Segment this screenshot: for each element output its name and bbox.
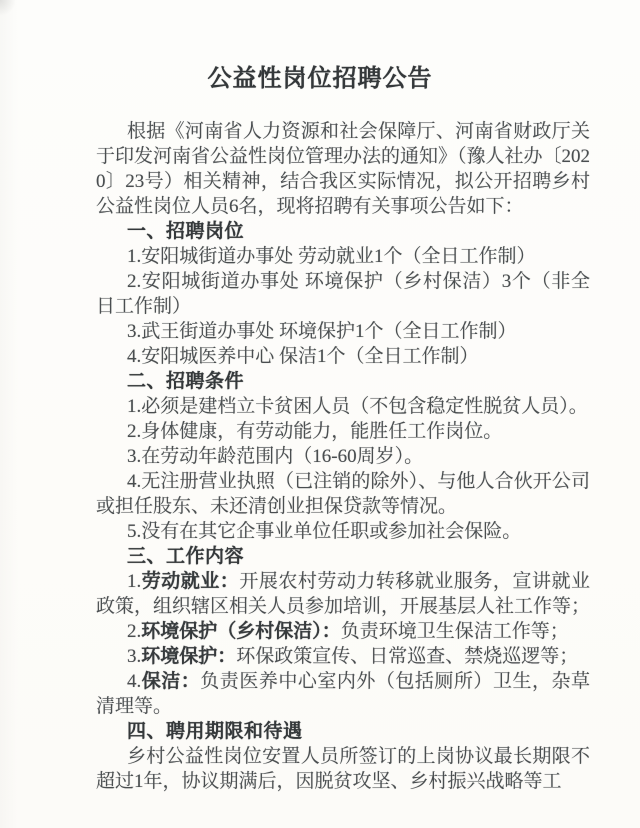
- condition-item-2: 2.身体健康，有劳动能力，能胜任工作岗位。: [96, 419, 590, 444]
- intro-paragraph: 根据《河南省人力资源和社会保障厅、河南省财政厅关于印发河南省公益性岗位管理办法的…: [96, 119, 590, 219]
- duty-item-text: 环保政策宣传、日常巡查、禁烧巡逻等；: [236, 646, 578, 667]
- duty-item-label: 环境保护：: [141, 646, 236, 667]
- position-item-4: 4.安阳城医养中心 保洁1个（全日工作制）: [96, 344, 590, 369]
- duty-item-number: 2.: [127, 621, 141, 642]
- position-item-1: 1.安阳城街道办事处 劳动就业1个（全日工作制）: [96, 244, 590, 269]
- condition-item-5: 5.没有在其它企事业单位任职或参加社会保险。: [96, 519, 590, 544]
- document-title: 公益性岗位招聘公告: [0, 0, 640, 94]
- section-4-paragraph: 乡村公益性岗位安置人员所签订的上岗协议最长期限不超过1年，协议期满后，因脱贫攻坚…: [96, 744, 590, 794]
- position-item-3: 3.武王街道办事处 环境保护1个（全日工作制）: [96, 319, 590, 344]
- duty-item-number: 4.: [127, 671, 141, 692]
- condition-item-1: 1.必须是建档立卡贫困人员（不包含稳定性脱贫人员）。: [96, 394, 590, 419]
- duty-item-label: 保洁：: [141, 671, 200, 692]
- section-4-heading: 四、聘用期限和待遇: [96, 719, 590, 744]
- duty-item-2: 2.环境保护（乡村保洁）：负责环境卫生保洁工作等；: [96, 619, 590, 644]
- condition-item-3: 3.在劳动年龄范围内（16-60周岁）。: [96, 444, 590, 469]
- position-item-2: 2.安阳城街道办事处 环境保护（乡村保洁）3个（非全日工作制）: [96, 269, 590, 319]
- duty-item-label: 劳动就业：: [141, 571, 239, 592]
- scanned-document-page: 公益性岗位招聘公告 根据《河南省人力资源和社会保障厅、河南省财政厅关于印发河南省…: [0, 0, 640, 828]
- condition-item-4: 4.无注册营业执照（已注销的除外）、与他人合伙开公司或担任股东、未还清创业担保贷…: [96, 469, 590, 519]
- duty-item-1: 1.劳动就业：开展农村劳动力转移就业服务，宣讲就业政策，组织辖区相关人员参加培训…: [96, 569, 590, 619]
- duty-item-number: 3.: [127, 646, 141, 667]
- duty-item-4: 4.保洁：负责医养中心室内外（包括厕所）卫生，杂草清理等。: [96, 669, 590, 719]
- document-body: 根据《河南省人力资源和社会保障厅、河南省财政厅关于印发河南省公益性岗位管理办法的…: [96, 119, 590, 794]
- section-3-heading: 三、工作内容: [96, 544, 590, 569]
- section-2-heading: 二、招聘条件: [96, 369, 590, 394]
- section-1-heading: 一、招聘岗位: [96, 219, 590, 244]
- duty-item-3: 3.环境保护：环保政策宣传、日常巡查、禁烧巡逻等；: [96, 644, 590, 669]
- duty-item-text: 负责环境卫生保洁工作等；: [341, 621, 569, 642]
- duty-item-number: 1.: [127, 571, 141, 592]
- duty-item-label: 环境保护（乡村保洁）：: [141, 621, 341, 642]
